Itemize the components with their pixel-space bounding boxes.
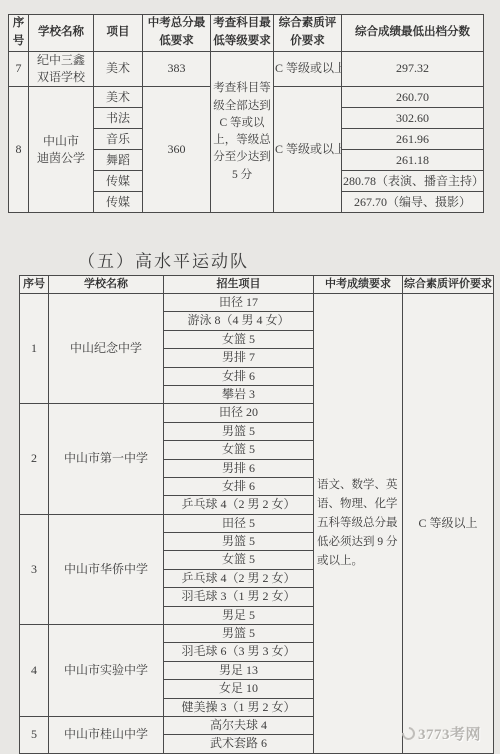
table-row: 7 纪中三鑫 双语学校 美术 383 考查科目等级全部达到C 等或以上，等级总分… [9,51,484,87]
col-header-item: 项目 [94,15,143,52]
recruit-item-cell: 男篮 5 [164,422,314,440]
score-cell: 302.60 [342,108,484,129]
watermark: 3773考网 [402,723,481,744]
exam-requirement-cell: 语文、数学、英语、物理、化学五科等级总分最低必须达到 9 分或以上。 [314,294,403,754]
recruit-item-cell: 女篮 5 [164,330,314,348]
3773-logo-icon [399,724,417,742]
school-name-cell: 中山纪念中学 [49,294,164,404]
recruit-item-cell: 女篮 5 [164,551,314,569]
subject-requirement-cell: 考查科目等级全部达到C 等或以上，等级总分至少达到 5 分 [211,51,274,213]
recruit-item-cell: 男足 5 [164,606,314,624]
recruit-item-cell: 田径 17 [164,294,314,312]
min-total-cell: 383 [143,51,211,87]
recruit-item-cell: 男篮 5 [164,533,314,551]
score-cell: 261.18 [342,150,484,171]
col-header-no: 序号 [9,15,29,52]
recruit-item-cell: 男排 6 [164,459,314,477]
sports-team-table: 序号 学校名称 招生项目 中考成绩要求 综合素质评价要求 1 中山纪念中学 田径… [19,275,494,754]
document-page: { "section_title": "（五）高水平运动队", "waterma… [0,0,500,754]
row-number-cell: 7 [9,51,29,87]
recruit-item-cell: 男排 7 [164,349,314,367]
school-name-cell: 中山市第一中学 [49,404,164,514]
item-cell: 传媒 [94,171,143,192]
table2-header-row: 序号 学校名称 招生项目 中考成绩要求 综合素质评价要求 [20,276,494,294]
item-cell: 传媒 [94,192,143,213]
score-cell: 260.70 [342,87,484,108]
col-header-school: 学校名称 [49,276,164,294]
recruit-item-cell: 健美操 3（1 男 2 女） [164,698,314,716]
school-name-cell: 纪中三鑫 双语学校 [29,51,94,87]
school-name-cell: 中山市实验中学 [49,625,164,717]
recruit-item-cell: 女篮 5 [164,441,314,459]
quality-cell: C 等级或以上 [274,51,342,87]
recruit-item-cell: 男足 13 [164,661,314,679]
watermark-label: 3773考网 [418,723,481,744]
recruit-item-cell: 羽毛球 3（1 男 2 女） [164,588,314,606]
recruit-item-cell: 武术套路 6 [164,735,314,753]
col-header-min-total: 中考总分最低要求 [143,15,211,52]
item-cell: 美术 [94,51,143,87]
row-number-cell: 8 [9,87,29,213]
recruit-item-cell: 女排 6 [164,477,314,495]
table1-header-row: 序号 学校名称 项目 中考总分最低要求 考查科目最低等级要求 综合素质评价要求 … [9,15,484,52]
section-title: （五）高水平运动队 [78,247,249,272]
table-row: 1 中山纪念中学 田径 17 语文、数学、英语、物理、化学五科等级总分最低必须达… [20,294,494,312]
quality-cell: C 等级或以上 [274,87,342,213]
item-cell: 书法 [94,108,143,129]
recruit-item-cell: 女足 10 [164,680,314,698]
col-header-exam-requirement: 中考成绩要求 [314,276,403,294]
item-cell: 美术 [94,87,143,108]
row-number-cell: 2 [20,404,49,514]
school-name-cell: 中山市桂山中学 [49,716,164,753]
item-cell: 舞蹈 [94,150,143,171]
col-header-subject-grade: 考查科目最低等级要求 [211,15,274,52]
col-header-quality: 综合素质评价要求 [274,15,342,52]
quality-requirement-cell: C 等级以上 [403,294,494,754]
score-cell: 280.78（表演、播音主持） [342,171,484,192]
col-header-quality: 综合素质评价要求 [403,276,494,294]
col-header-no: 序号 [20,276,49,294]
row-number-cell: 4 [20,625,49,717]
score-cell: 297.32 [342,51,484,87]
score-cell: 261.96 [342,129,484,150]
row-number-cell: 3 [20,514,49,624]
recruit-item-cell: 高尔夫球 4 [164,716,314,734]
col-header-recruit-item: 招生项目 [164,276,314,294]
row-number-cell: 1 [20,294,49,404]
item-cell: 音乐 [94,129,143,150]
recruit-item-cell: 乒乓球 4（2 男 2 女） [164,496,314,514]
recruit-item-cell: 田径 20 [164,404,314,422]
school-name-cell: 中山市华侨中学 [49,514,164,624]
min-total-cell: 360 [143,87,211,213]
arts-admission-table: 序号 学校名称 项目 中考总分最低要求 考查科目最低等级要求 综合素质评价要求 … [8,14,484,213]
recruit-item-cell: 女排 6 [164,367,314,385]
school-name-cell: 中山市 迪茵公学 [29,87,94,213]
recruit-item-cell: 男篮 5 [164,625,314,643]
score-cell: 267.70（编导、摄影） [342,192,484,213]
recruit-item-cell: 乒乓球 4（2 男 2 女） [164,569,314,587]
recruit-item-cell: 游泳 8（4 男 4 女） [164,312,314,330]
col-header-final-score: 综合成绩最低出档分数 [342,15,484,52]
row-number-cell: 5 [20,716,49,753]
recruit-item-cell: 田径 5 [164,514,314,532]
recruit-item-cell: 攀岩 3 [164,385,314,403]
col-header-school: 学校名称 [29,15,94,52]
recruit-item-cell: 羽毛球 6（3 男 3 女） [164,643,314,661]
